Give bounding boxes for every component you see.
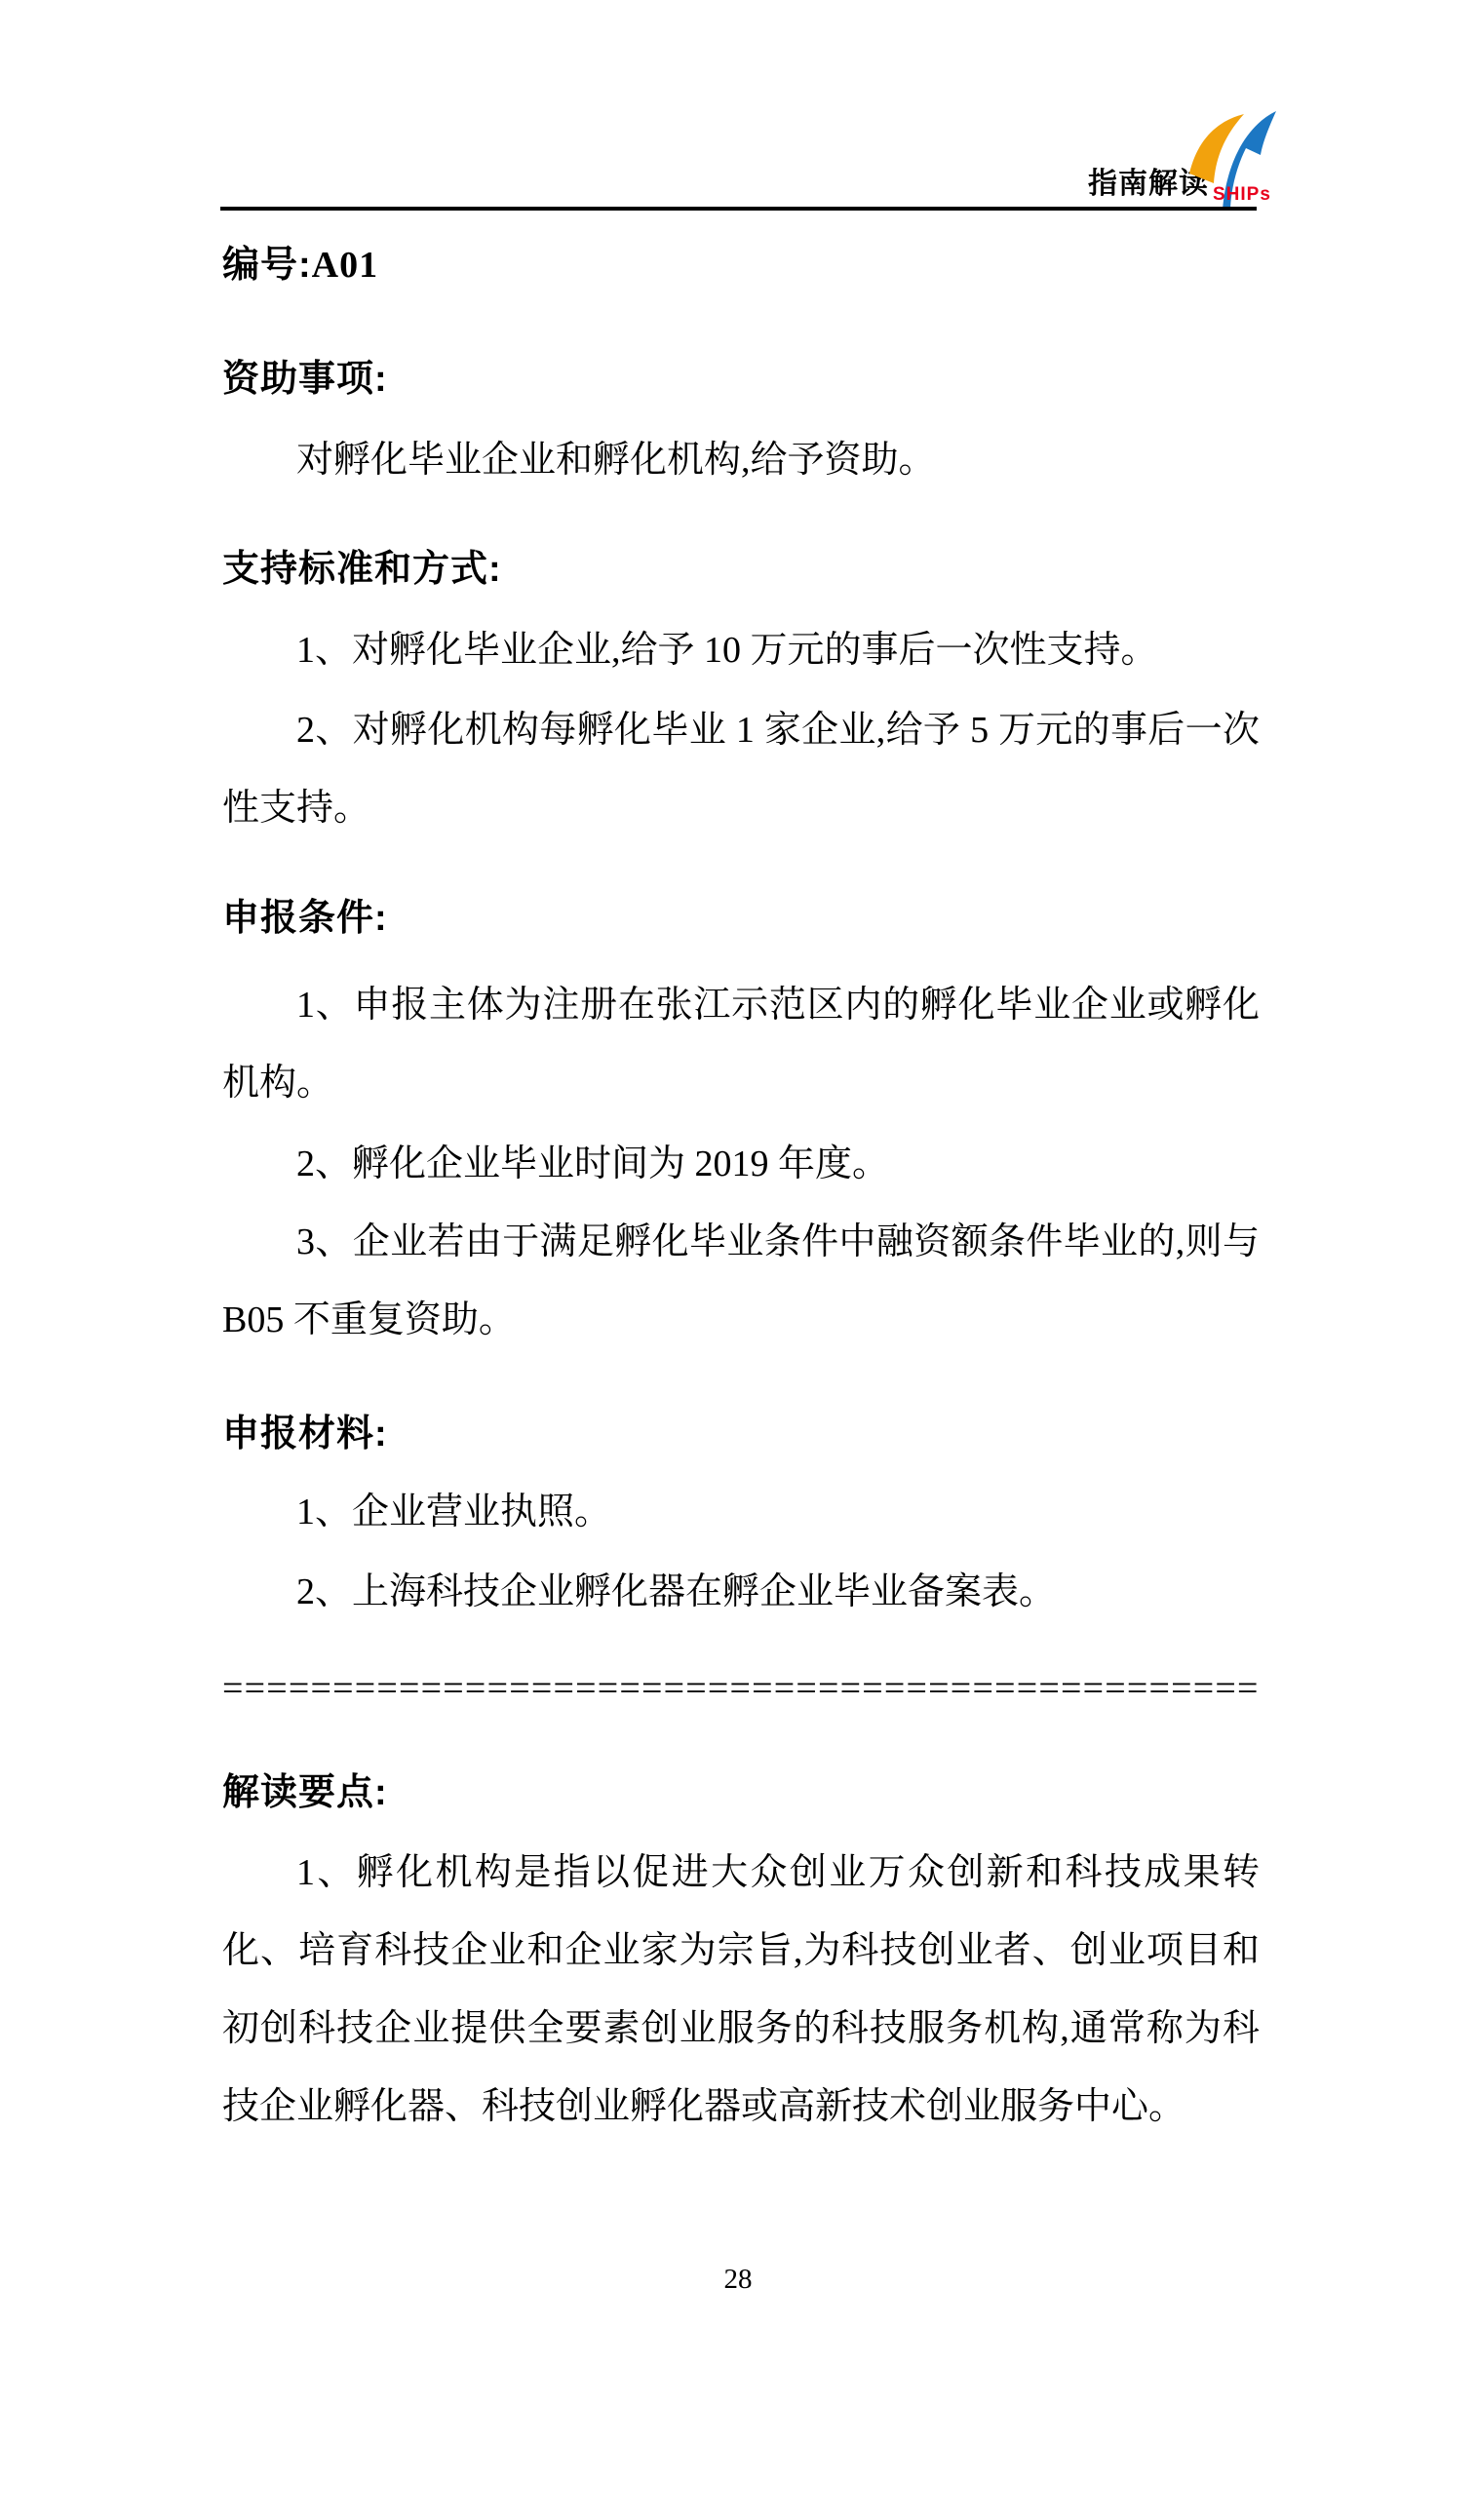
page-number: 28 bbox=[0, 2262, 1476, 2297]
document-page: 指南解读 SHIPs 编号:A01 资助事项: 对孵化毕业企业和孵化机构,给予资… bbox=[0, 0, 1476, 2520]
section-heading-support-standard: 支持标准和方式: bbox=[222, 548, 502, 591]
paragraph-material-2: 2、上海科技企业孵化器在孵企业毕业备案表。 bbox=[222, 1553, 1260, 1631]
doc-number: 编号:A01 bbox=[222, 244, 378, 287]
equals-divider: ========================================… bbox=[222, 1669, 1260, 1708]
paragraph-support-2: 2、对孵化机构每孵化毕业 1 家企业,给予 5 万元的事后一次性支持。 bbox=[222, 691, 1260, 847]
paragraph-funding-item: 对孵化毕业企业和孵化机构,给予资助。 bbox=[222, 421, 1260, 499]
paragraph-condition-1: 1、申报主体为注册在张江示范区内的孵化毕业企业或孵化机构。 bbox=[222, 966, 1260, 1122]
section-heading-interpretation-points: 解读要点: bbox=[222, 1771, 388, 1814]
paragraph-condition-3: 3、企业若由于满足孵化毕业条件中融资额条件毕业的,则与 B05 不重复资助。 bbox=[222, 1203, 1260, 1359]
paragraph-condition-2: 2、孵化企业毕业时间为 2019 年度。 bbox=[222, 1125, 1260, 1203]
doc-number-label: 编号: bbox=[222, 245, 312, 286]
paragraph-support-1: 1、对孵化毕业企业,给予 10 万元的事后一次性支持。 bbox=[222, 611, 1260, 689]
ships-logo-label: SHIPs bbox=[1213, 184, 1271, 206]
section-heading-application-materials: 申报材料: bbox=[222, 1413, 388, 1455]
header-rule bbox=[220, 207, 1257, 211]
paragraph-interpretation-1: 1、孵化机构是指以促进大众创业万众创新和科技成果转化、培育科技企业和企业家为宗旨… bbox=[222, 1834, 1260, 2146]
section-heading-funding-item: 资助事项: bbox=[222, 358, 388, 401]
paragraph-material-1: 1、企业营业执照。 bbox=[222, 1473, 1260, 1551]
section-heading-application-conditions: 申报条件: bbox=[222, 897, 388, 940]
doc-number-value: A01 bbox=[312, 245, 378, 286]
